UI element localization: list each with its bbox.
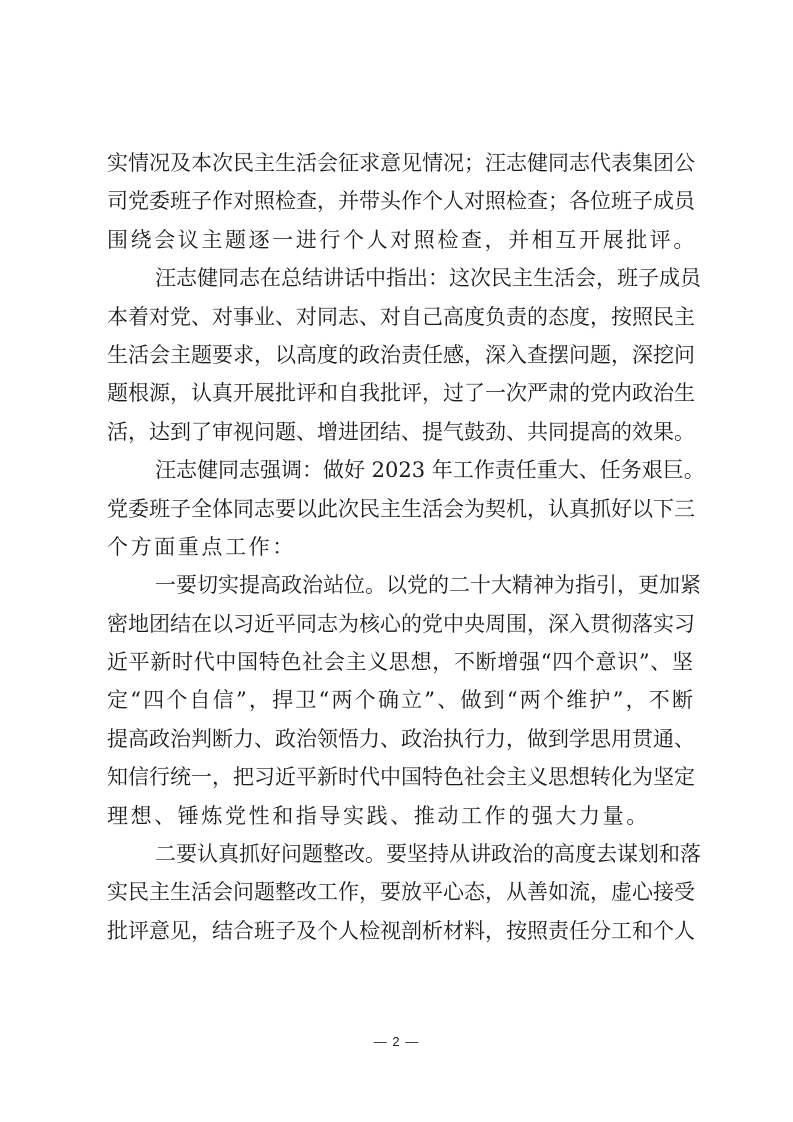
document-page: 实情况及本次民主生活会征求意见情况；汪志健同志代表集团公 司党委班子作对照检查，…	[0, 0, 793, 1122]
body-text: 实情况及本次民主生活会征求意见情况；汪志健同志代表集团公 司党委班子作对照检查，…	[107, 147, 693, 953]
paragraph-5: 二要认真抓好问题整改。要坚持从讲政治的高度去谋划和落 实民主生活会问题整改工作，…	[107, 838, 693, 953]
paragraph-1: 实情况及本次民主生活会征求意见情况；汪志健同志代表集团公 司党委班子作对照检查，…	[107, 147, 693, 262]
text-line: 汪志健同志在总结讲话中指出：这次民主生活会，班子成员	[107, 262, 693, 300]
text-line: 本着对党、对事业、对同志、对自己高度负责的态度，按照民主	[107, 301, 693, 339]
text-line: 汪志健同志强调：做好 2023 年工作责任重大、任务艰巨。	[107, 454, 693, 492]
page-number: — 2 —	[0, 1034, 793, 1049]
text-line: 二要认真抓好问题整改。要坚持从讲政治的高度去谋划和落	[107, 838, 693, 876]
text-line: 理想、锤炼党性和指导实践、推动工作的强大力量。	[107, 800, 693, 838]
text-line: 实民主生活会问题整改工作，要放平心态，从善如流，虚心接受	[107, 876, 693, 914]
text-line: 定“四个自信”，捍卫“两个确立”、做到“两个维护”，不断	[107, 684, 693, 722]
paragraph-3: 汪志健同志强调：做好 2023 年工作责任重大、任务艰巨。 党委班子全体同志要以…	[107, 454, 693, 569]
text-line: 活，达到了审视问题、增进团结、提气鼓劲、共同提高的效果。	[107, 416, 693, 454]
text-line: 党委班子全体同志要以此次民主生活会为契机，认真抓好以下三	[107, 493, 693, 531]
text-line: 个方面重点工作：	[107, 531, 693, 569]
text-line: 知信行统一，把习近平新时代中国特色社会主义思想转化为坚定	[107, 761, 693, 799]
text-line: 围绕会议主题逐一进行个人对照检查，并相互开展批评。	[107, 224, 693, 262]
text-line: 司党委班子作对照检查，并带头作个人对照检查；各位班子成员	[107, 185, 693, 223]
text-line: 提高政治判断力、政治领悟力、政治执行力，做到学思用贯通、	[107, 723, 693, 761]
paragraph-2: 汪志健同志在总结讲话中指出：这次民主生活会，班子成员 本着对党、对事业、对同志、…	[107, 262, 693, 454]
text-line: 一要切实提高政治站位。以党的二十大精神为指引，更加紧	[107, 569, 693, 607]
text-line: 密地团结在以习近平同志为核心的党中央周围，深入贯彻落实习	[107, 608, 693, 646]
text-line: 近平新时代中国特色社会主义思想，不断增强“四个意识”、坚	[107, 646, 693, 684]
text-line: 批评意见，结合班子及个人检视剖析材料，按照责任分工和个人	[107, 915, 693, 953]
text-line: 实情况及本次民主生活会征求意见情况；汪志健同志代表集团公	[107, 147, 693, 185]
text-line: 生活会主题要求，以高度的政治责任感，深入查摆问题，深挖问	[107, 339, 693, 377]
paragraph-4: 一要切实提高政治站位。以党的二十大精神为指引，更加紧 密地团结在以习近平同志为核…	[107, 569, 693, 838]
text-line: 题根源，认真开展批评和自我批评，过了一次严肃的党内政治生	[107, 377, 693, 415]
